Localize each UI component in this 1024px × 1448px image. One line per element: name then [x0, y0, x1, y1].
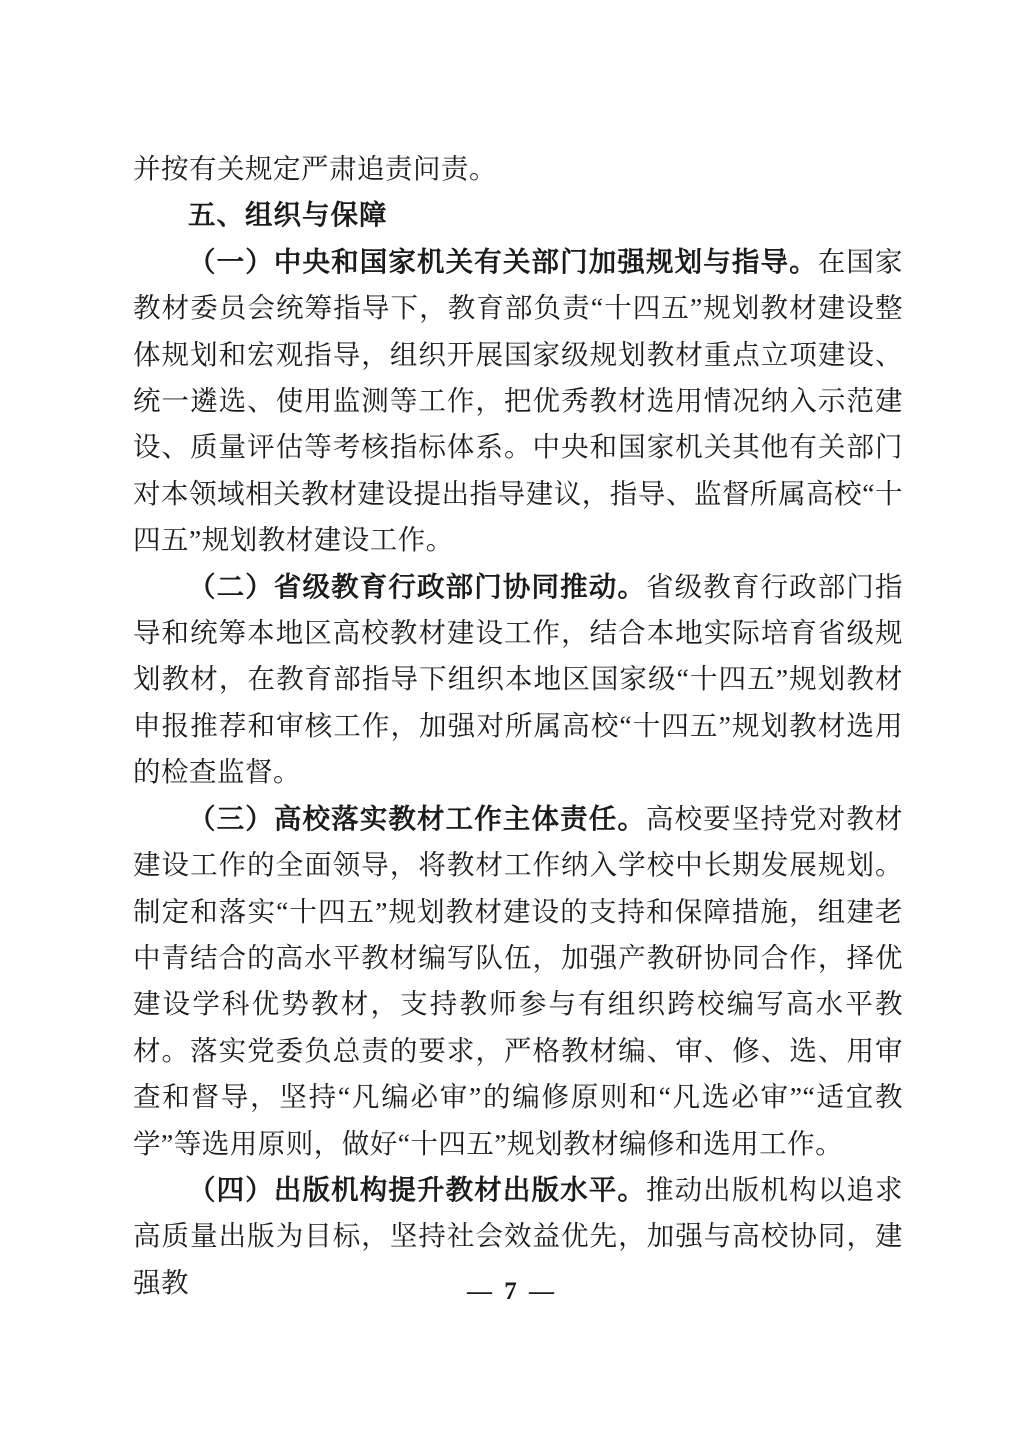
paragraph-body: 在国家教材委员会统筹指导下，教育部负责“十四五”规划教材建设整体规划和宏观指导，… — [133, 246, 903, 555]
document-page: 并按有关规定严肃追责问责。 五、组织与保障 （一）中央和国家机关有关部门加强规划… — [0, 0, 1024, 1448]
document-body: 并按有关规定严肃追责问责。 五、组织与保障 （一）中央和国家机关有关部门加强规划… — [133, 146, 903, 1306]
page-number: — 7 — — [0, 1278, 1024, 1306]
paragraph-lead: （四）出版机构提升教材出版水平。 — [188, 1174, 646, 1205]
paragraph-body: 高校要坚持党对教材建设工作的全面领导，将教材工作纳入学校中长期发展规划。制定和落… — [133, 803, 903, 1159]
paragraph-lead: （一）中央和国家机关有关部门加强规划与指导。 — [188, 246, 818, 277]
section-paragraph: （一）中央和国家机关有关部门加强规划与指导。在国家教材委员会统筹指导下，教育部负… — [133, 239, 903, 564]
paragraph-continuation: 并按有关规定严肃追责问责。 — [133, 146, 903, 192]
paragraph-body: 省级教育行政部门指导和统筹本地区高校教材建设工作，结合本地实际培育省级规划教材，… — [133, 571, 903, 788]
paragraph-lead: （二）省级教育行政部门协同推动。 — [188, 571, 646, 602]
section-paragraph: （三）高校落实教材工作主体责任。高校要坚持党对教材建设工作的全面领导，将教材工作… — [133, 796, 903, 1167]
section-heading: 五、组织与保障 — [133, 192, 903, 238]
section-paragraph: （二）省级教育行政部门协同推动。省级教育行政部门指导和统筹本地区高校教材建设工作… — [133, 564, 903, 796]
paragraph-lead: （三）高校落实教材工作主体责任。 — [188, 803, 646, 834]
